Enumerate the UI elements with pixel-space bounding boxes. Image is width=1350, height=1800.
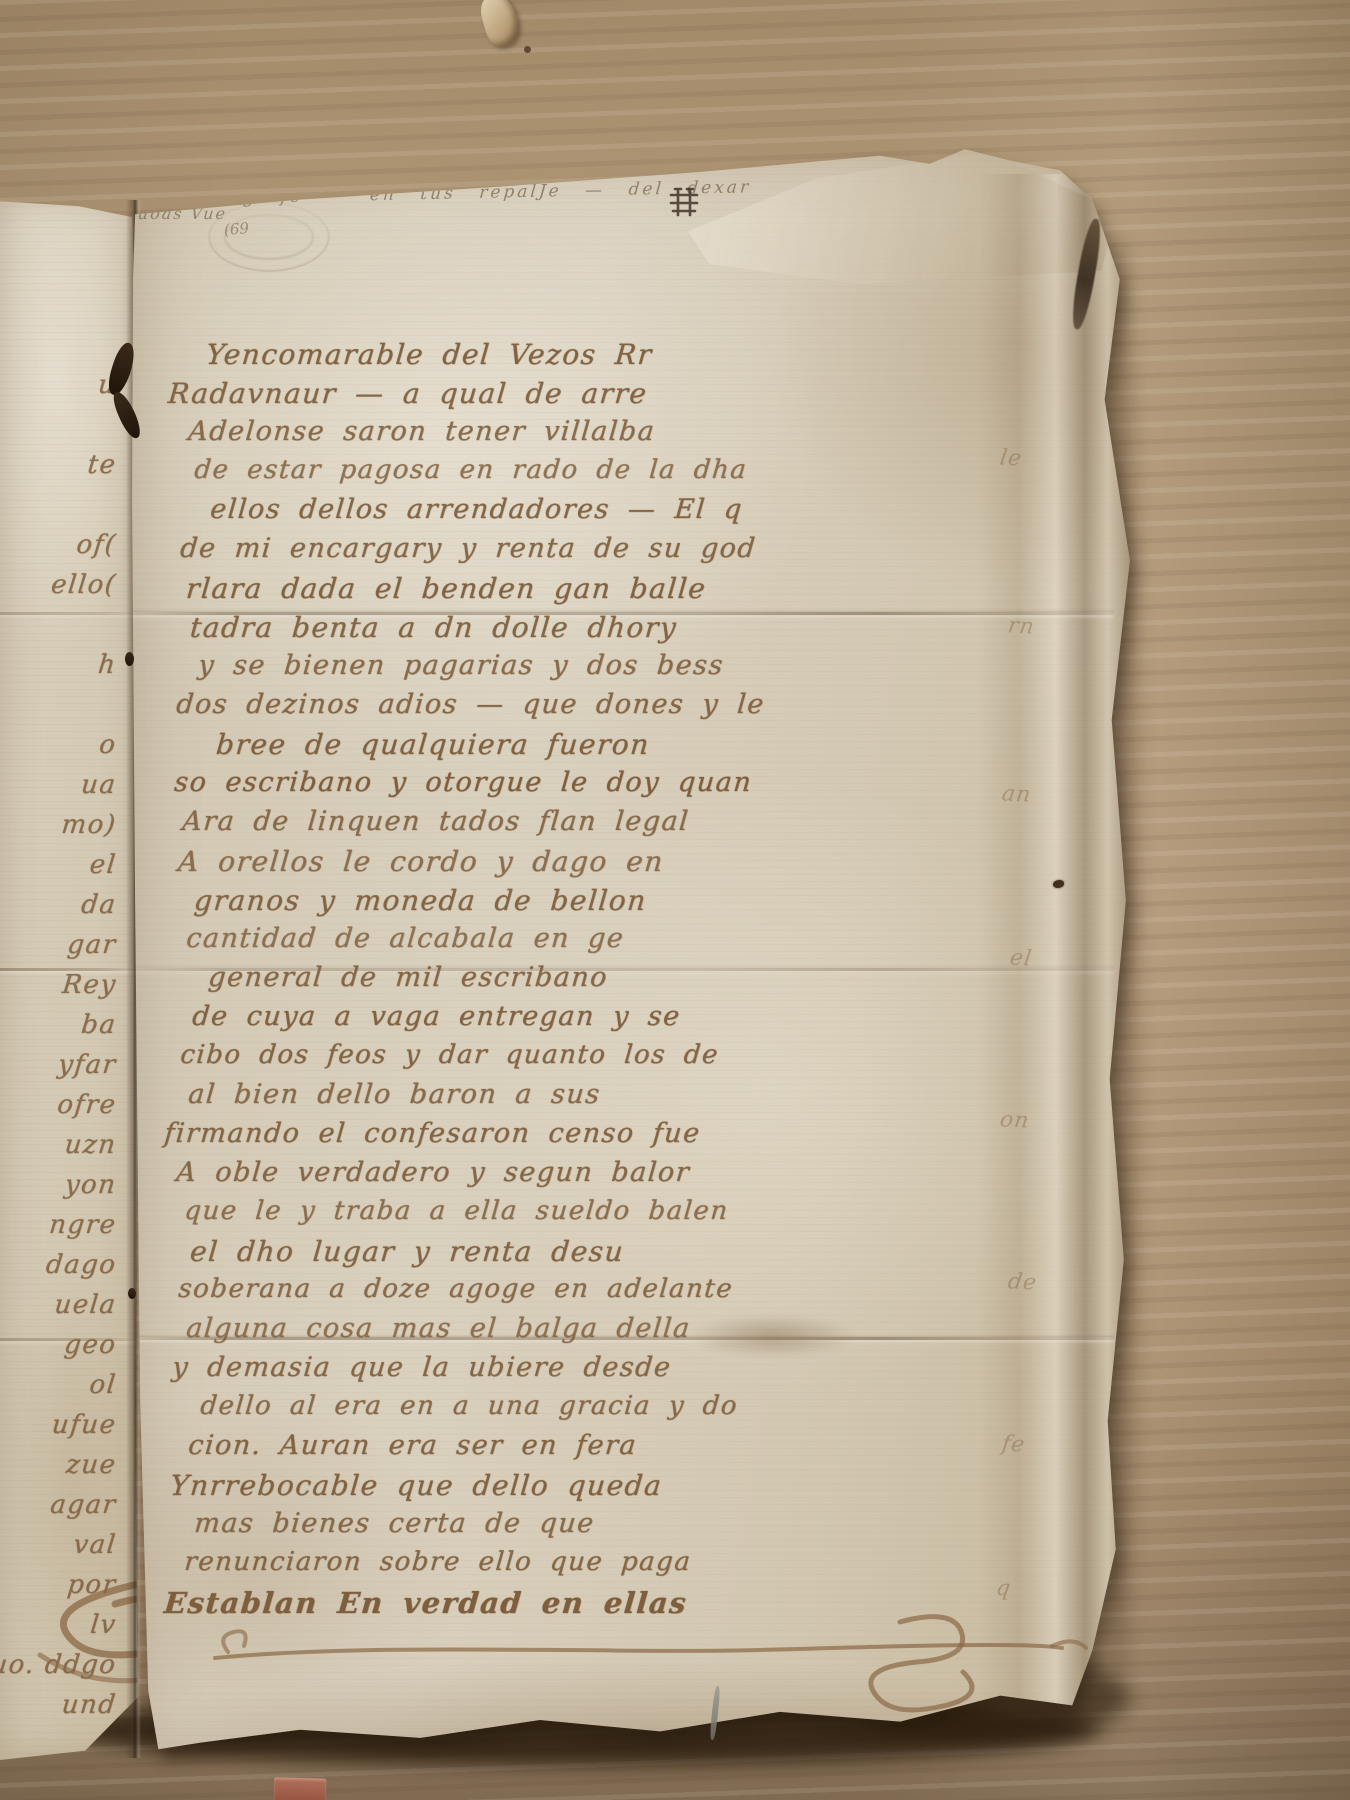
left-page-line-fragment: o <box>0 730 118 770</box>
left-page-text-column: uteof(ello(houamo)eldagarReybayfarofreuz… <box>0 330 116 1730</box>
left-page-line-fragment: gar <box>0 930 118 970</box>
ink-show-through: an <box>1000 781 1033 807</box>
left-page-line-fragment <box>0 490 118 530</box>
left-page-line-fragment <box>0 330 118 370</box>
stitching-thread <box>125 652 134 666</box>
manuscript-page: y (tg fe — en tus repalJe — del dexar uo… <box>128 146 1140 1772</box>
paper-debris <box>476 0 523 50</box>
left-page-line-fragment: el <box>0 850 118 890</box>
left-page-line-fragment: da <box>0 890 118 930</box>
left-page-line-fragment: mo) <box>0 810 118 850</box>
ink-show-through: q <box>994 1576 1013 1602</box>
left-page-line-fragment: h <box>0 650 118 690</box>
left-page-line-fragment: ufue <box>0 1410 118 1450</box>
stitching-thread <box>128 1288 136 1299</box>
left-page-line-fragment: Rey <box>0 970 118 1010</box>
left-page-line-fragment: uela <box>0 1290 118 1330</box>
left-page-line-fragment: ngre <box>0 1210 118 1250</box>
left-page-line-fragment: geo <box>0 1330 118 1370</box>
left-page-line-fragment <box>0 690 118 730</box>
left-page-line-fragment: ol <box>0 1370 118 1410</box>
ink-show-through: fe <box>1000 1431 1027 1457</box>
left-page-line-fragment: zue <box>0 1450 118 1490</box>
photo-scene: uteof(ello(houamo)eldagarReybayfarofreuz… <box>0 0 1350 1800</box>
ink-show-through: rn <box>1006 613 1036 639</box>
left-page-line-fragment: te <box>0 450 118 490</box>
left-page-line-fragment: agar <box>0 1490 118 1530</box>
ink-show-through: le <box>998 445 1024 471</box>
left-page-line-fragment: ua <box>0 770 118 810</box>
left-page-line-fragment <box>0 610 118 650</box>
red-paper-fragment <box>274 1777 327 1800</box>
left-page-line-fragment: yfar <box>0 1050 118 1090</box>
left-page-line-fragment: uzn <box>0 1130 118 1170</box>
ink-show-through: on <box>998 1107 1031 1133</box>
ink-show-through-group: lernanelondefeq <box>128 146 1140 1772</box>
ink-show-through: de <box>1006 1269 1039 1295</box>
left-page-line-fragment: u <box>0 370 118 410</box>
left-page-line-fragment: yon <box>0 1170 118 1210</box>
debris-speck <box>524 46 531 53</box>
left-page-line-fragment: ello( <box>0 570 118 610</box>
left-page-line-fragment: ofre <box>0 1090 118 1130</box>
ink-show-through: el <box>1008 945 1034 971</box>
facing-page-edge: uteof(ello(houamo)eldagarReybayfarofreuz… <box>0 192 142 1760</box>
left-page-line-fragment: dago <box>0 1250 118 1290</box>
left-page-line-fragment: ba <box>0 1010 118 1050</box>
left-page-line-fragment: of( <box>0 530 118 570</box>
left-page-line-fragment <box>0 410 118 450</box>
